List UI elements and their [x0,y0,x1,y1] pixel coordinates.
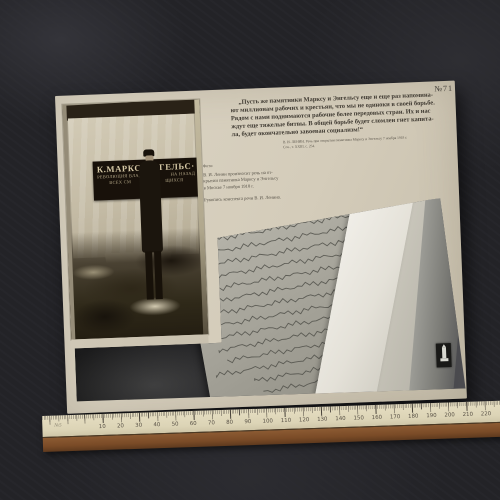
banner-line3-right: ЩИХСЯ [165,178,183,185]
ruler-number: 120 [299,417,309,423]
overcoat [139,160,164,253]
ruler-number: 200 [444,412,454,418]
lenin-figure [134,147,170,304]
ruler-maker-mark: №5 [54,423,61,428]
ruler-number: 80 [226,420,233,426]
ruler-number: 70 [208,420,215,426]
ruler-number: 140 [335,416,345,422]
caption-lines: В. И. Ленин произносит речь на от-крытии… [203,168,314,191]
ruler-number: 190 [426,413,436,419]
ruler-number: 170 [390,414,400,420]
ruler-number: 90 [244,419,251,425]
banner-line3-left: ВСЕХ СМ [109,180,131,187]
photo-card: №71 „Пусть же памятники Марксу и Энгельс… [55,81,467,414]
ruler-number: 220 [481,411,491,417]
ruler-number: 60 [190,421,197,427]
ruler-number: 100 [263,418,273,424]
ruler-number: 30 [135,423,142,429]
photo-caption: Фото: В. И. Ленин произносит речь на от-… [203,159,314,203]
ruler-number: 20 [117,423,124,429]
lenin-quote: „Пусть же памятники Марксу и Энгельсу ещ… [230,91,449,139]
monument-photo: К.МАРКС НГЕЛЬС· РЕВОЛЮЦИЯ ВЛАД НА НАЗАД … [62,99,208,339]
ruler-number: 210 [463,412,473,418]
ruler-number: 50 [172,421,179,427]
ruler-number: 40 [153,422,160,428]
ruler-number: 110 [281,418,291,424]
table-scene: №71 „Пусть же памятники Марксу и Энгельс… [0,0,500,500]
publisher-obelisk-stamp [436,343,452,368]
ruler-number: 130 [317,417,327,423]
caption-second: Рукопись конспекта речи В. И. Ленина. [204,193,314,203]
ruler-number: 180 [408,414,418,420]
ruler-number: 10 [99,424,106,430]
ruler-number: 160 [372,415,382,421]
ruler-number: 150 [353,415,363,421]
